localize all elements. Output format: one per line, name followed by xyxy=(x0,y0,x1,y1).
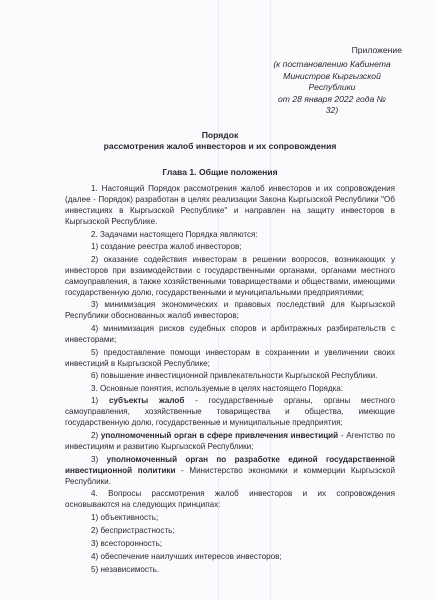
appendix-ref-line: от 28 января 2022 года № xyxy=(262,94,402,105)
appendix-label: Приложение xyxy=(262,45,402,56)
task-item: 5) предоставление помощи инвесторам в со… xyxy=(65,347,395,369)
appendix-block: Приложение (к постановлению Кабинета Мин… xyxy=(262,45,402,116)
appendix-ref-line: Республики xyxy=(262,82,402,93)
definition-item: 2) уполномоченный орган в сфере привлече… xyxy=(65,430,395,452)
principle-item: 2) беспристрастность; xyxy=(65,525,395,536)
task-item: 2) оказание содействия инвесторам в реше… xyxy=(65,254,395,298)
definition-number: 3) xyxy=(91,455,98,464)
chapter-heading: Глава 1. Общие положения xyxy=(40,167,400,177)
paragraph-3: 3. Основные понятия, используемые в целя… xyxy=(65,383,395,394)
paragraph-1: 1. Настоящий Порядок рассмотрения жалоб … xyxy=(65,183,395,227)
appendix-ref-line: Министров Кыргызской xyxy=(262,71,402,82)
principle-item: 4) обеспечение наилучших интересов инвес… xyxy=(65,551,395,562)
title-line-2: рассмотрения жалоб инвесторов и их сопро… xyxy=(40,141,400,152)
definition-term: субъекты жалоб xyxy=(109,396,184,405)
principle-item: 3) всесторонность; xyxy=(65,538,395,549)
task-item: 3) минимизация экономических и правовых … xyxy=(65,299,395,321)
principle-item: 5) независимость. xyxy=(65,564,395,575)
document-title: Порядок рассмотрения жалоб инвесторов и … xyxy=(40,130,400,152)
definition-number: 2) xyxy=(91,431,98,440)
definition-term: уполномоченный орган в сфере привлечения… xyxy=(101,431,338,440)
definition-item: 3) уполномоченный орган по разработке ед… xyxy=(65,454,395,487)
task-item: 4) минимизация рисков судебных споров и … xyxy=(65,323,395,345)
paragraph-4: 4. Вопросы рассмотрения жалоб инвесторов… xyxy=(65,488,395,510)
paragraph-2: 2. Задачами настоящего Порядка являются: xyxy=(65,229,395,240)
appendix-ref-line: (к постановлению Кабинета xyxy=(262,59,402,70)
definition-number: 1) xyxy=(91,396,98,405)
title-line-1: Порядок xyxy=(40,130,400,141)
appendix-ref-line: 32) xyxy=(262,105,402,116)
task-item: 1) создание реестра жалоб инвесторов; xyxy=(65,241,395,252)
document-page: Приложение (к постановлению Кабинета Мин… xyxy=(0,0,436,600)
document-body: 1. Настоящий Порядок рассмотрения жалоб … xyxy=(65,183,395,578)
task-item: 6) повышение инвестиционной привлекатель… xyxy=(65,370,395,381)
principle-item: 1) объективность; xyxy=(65,512,395,523)
definition-item: 1) субъекты жалоб - государственные орга… xyxy=(65,395,395,428)
